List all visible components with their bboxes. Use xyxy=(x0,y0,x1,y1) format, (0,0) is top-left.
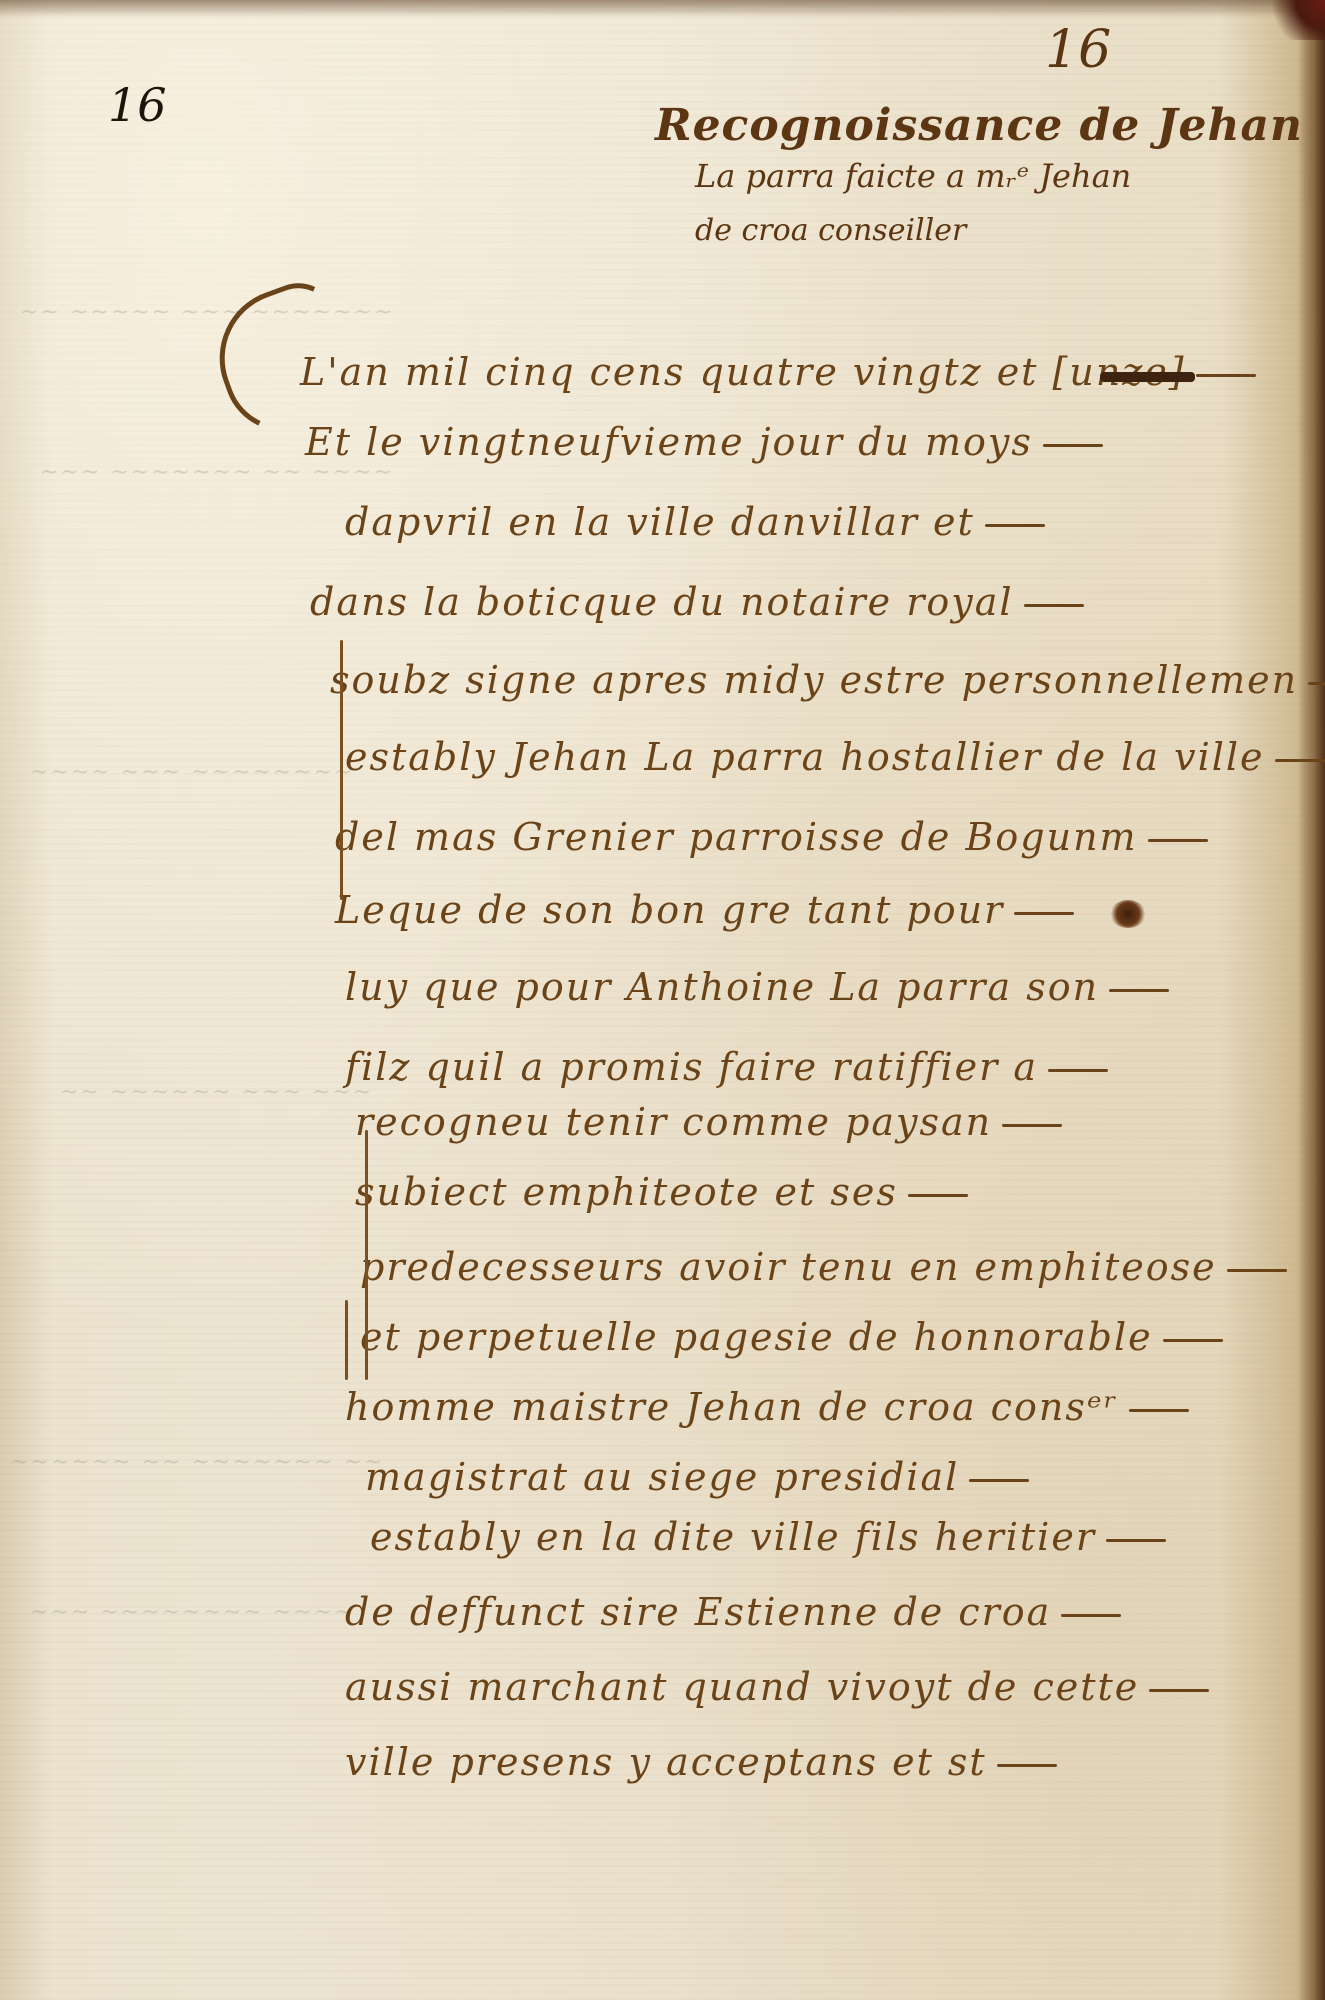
body-line: dans la boticque du notaire royal xyxy=(310,580,1084,624)
manuscript-body: L'an mil cinq cens quatre vingtz et [unz… xyxy=(0,0,1325,2000)
body-line: predecesseurs avoir tenu en emphiteose xyxy=(360,1245,1287,1289)
body-line: filz quil a promis faire ratiffier a xyxy=(345,1045,1108,1089)
strikethrough-mark xyxy=(1100,372,1195,382)
body-line: recogneu tenir comme paysan xyxy=(355,1100,1062,1144)
body-line: luy que pour Anthoine La parra son xyxy=(345,965,1169,1009)
manuscript-page: ~~ ~~~~~ ~~~ ~~~~~~~ ~~~ ~~~~~~~ ~~ ~~~~… xyxy=(0,0,1325,2000)
body-line: et perpetuelle pagesie de honnorable xyxy=(360,1315,1223,1359)
body-line: Leque de son bon gre tant pour xyxy=(335,888,1074,932)
body-line: homme maistre Jehan de croa consᵉʳ xyxy=(345,1385,1189,1429)
body-line: dapvril en la ville danvillar et xyxy=(345,500,1045,544)
long-s-descender xyxy=(340,640,343,900)
body-line: ville presens y acceptans et st xyxy=(345,1740,1057,1784)
body-line: estably en la dite ville fils heritier xyxy=(370,1515,1166,1559)
long-s-descender xyxy=(365,1130,368,1380)
ink-blot xyxy=(1110,900,1146,928)
body-line: soubz signe apres midy estre personnelle… xyxy=(330,658,1325,702)
body-line: Et le vingtneufvieme jour du moys xyxy=(305,420,1103,464)
body-line: subiect emphiteote et ses xyxy=(355,1170,968,1214)
body-line: magistrat au siege presidial xyxy=(365,1455,1029,1499)
body-line: aussi marchant quand vivoyt de cette xyxy=(345,1665,1209,1709)
long-s-descender xyxy=(345,1300,348,1380)
body-line: estably Jehan La parra hostallier de la … xyxy=(345,735,1325,779)
body-line: de deffunct sire Estienne de croa xyxy=(345,1590,1121,1634)
body-line: del mas Grenier parroisse de Bogunm xyxy=(335,815,1208,859)
